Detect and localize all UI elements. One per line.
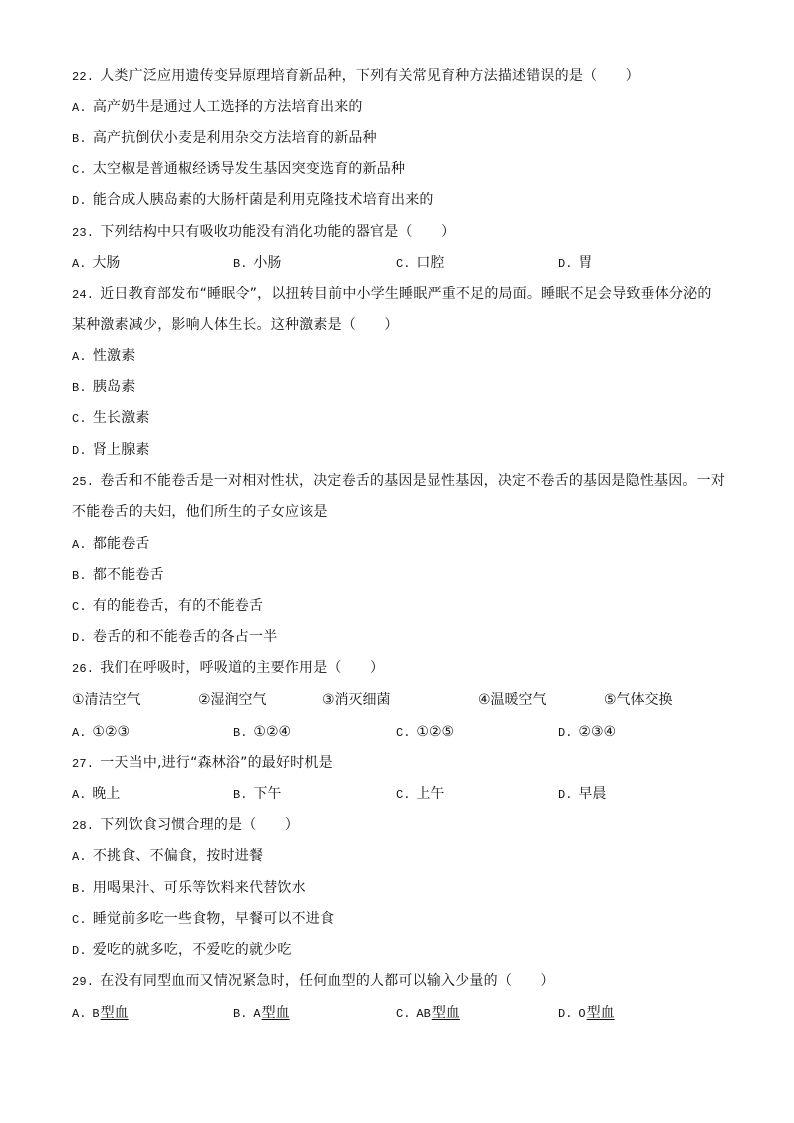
question-27-option-c: C.上午 <box>396 784 444 805</box>
option-text: 下午 <box>253 786 281 802</box>
question-text: 近日教育部发布“睡眠令”，以扭转目前中小学生睡眠严重不足的局面。睡眠不足会导致垂… <box>100 286 711 302</box>
option-label: C. <box>396 726 410 740</box>
question-number: 29. <box>72 975 94 989</box>
option-text: 小肠 <box>253 255 281 271</box>
option-text: 晚上 <box>92 786 120 802</box>
option-label: A. <box>72 726 86 740</box>
question-27-option-b: B.下午 <box>233 784 281 805</box>
blood-type-letter: A <box>253 1007 260 1021</box>
option-text: ②③④ <box>578 724 616 740</box>
option-text: 卷舌的和不能卷舌的各占一半 <box>93 629 278 645</box>
option-label: C. <box>72 913 87 927</box>
question-25-option-d: D.卷舌的和不能卷舌的各占一半 <box>72 627 277 648</box>
question-22-stem: 22.人类广泛应用遗传变异原理培育新品种，下列有关常见育种方法描述错误的是（ ） <box>72 66 640 87</box>
question-26-item-1: ①清洁空气 <box>72 690 141 710</box>
option-label: D. <box>72 444 87 458</box>
option-text: 型血 <box>432 1005 460 1021</box>
blood-type-letter: AB <box>416 1007 430 1021</box>
question-22-option-d: D.能合成人胰岛素的大肠杆菌是利用克隆技术培育出来的 <box>72 190 434 211</box>
question-text: 一天当中,进行“森林浴”的最好时机是 <box>100 755 333 771</box>
question-29-option-d: D.O型血 <box>558 1003 615 1024</box>
option-label: D. <box>72 944 87 958</box>
blood-type-letter: O <box>578 1007 585 1021</box>
question-25-stem-line2: 不能卷舌的夫妇，他们所生的子女应该是 <box>72 502 328 522</box>
question-22-option-a: A.高产奶牛是通过人工选择的方法培育出来的 <box>72 97 363 118</box>
question-text: 下列结构中只有吸收功能没有消化功能的器官是（ ） <box>100 224 455 240</box>
question-26-stem: 26.我们在呼吸时，呼吸道的主要作用是（ ） <box>72 658 384 679</box>
option-label: B. <box>72 882 87 896</box>
option-text: 睡觉前多吃一些食物，早餐可以不进食 <box>93 911 334 927</box>
question-text: 人类广泛应用遗传变异原理培育新品种，下列有关常见育种方法描述错误的是（ ） <box>100 68 640 84</box>
question-text: 我们在呼吸时，呼吸道的主要作用是（ ） <box>100 660 384 676</box>
question-23-option-a: A.大肠 <box>72 253 120 274</box>
option-label: D. <box>558 257 572 271</box>
option-text: 型血 <box>587 1005 615 1021</box>
option-label: D. <box>72 194 87 208</box>
question-text: 下列饮食习惯合理的是（ ） <box>100 817 299 833</box>
question-28-option-a: A.不挑食、不偏食，按时进餐 <box>72 846 263 867</box>
option-label: C. <box>72 600 87 614</box>
question-number: 27. <box>72 757 94 771</box>
option-text: 上午 <box>416 786 444 802</box>
question-29-option-c: C.AB型血 <box>396 1003 460 1024</box>
option-label: B. <box>233 726 247 740</box>
option-text: 大肠 <box>92 255 120 271</box>
question-25-option-b: B.都不能卷舌 <box>72 565 164 586</box>
question-26-option-d: D.②③④ <box>558 722 616 743</box>
question-text: 不能卷舌的夫妇，他们所生的子女应该是 <box>72 504 328 520</box>
option-label: C. <box>396 1007 410 1021</box>
question-24-option-b: B.胰岛素 <box>72 377 135 398</box>
question-number: 22. <box>72 70 94 84</box>
option-label: D. <box>558 1007 572 1021</box>
question-27-option-d: D.早晨 <box>558 784 606 805</box>
question-26-option-c: C.①②⑤ <box>396 722 454 743</box>
question-text: 卷舌和不能卷舌是一对相对性状，决定卷舌的基因是显性基因，决定不卷舌的基因是隐性基… <box>100 473 725 489</box>
question-24-stem-line1: 24.近日教育部发布“睡眠令”，以扭转目前中小学生睡眠严重不足的局面。睡眠不足会… <box>72 284 712 305</box>
option-label: A. <box>72 350 87 364</box>
option-label: A. <box>72 101 87 115</box>
option-label: B. <box>233 788 247 802</box>
option-label: C. <box>396 257 410 271</box>
question-25-option-a: A.都能卷舌 <box>72 534 150 555</box>
question-29-option-a: A.B型血 <box>72 1003 129 1024</box>
question-23-option-b: B.小肠 <box>233 253 281 274</box>
question-24-option-a: A.性激素 <box>72 346 135 367</box>
question-number: 23. <box>72 226 94 240</box>
question-number: 25. <box>72 475 94 489</box>
question-28-stem: 28.下列饮食习惯合理的是（ ） <box>72 815 299 836</box>
option-label: D. <box>558 726 572 740</box>
option-text: 不挑食、不偏食，按时进餐 <box>93 848 263 864</box>
option-text: 型血 <box>262 1005 290 1021</box>
option-label: A. <box>72 538 87 552</box>
question-number: 26. <box>72 662 94 676</box>
option-label: A. <box>72 257 86 271</box>
option-label: A. <box>72 788 86 802</box>
question-26-option-a: A.①②③ <box>72 722 130 743</box>
option-text: 能合成人胰岛素的大肠杆菌是利用克隆技术培育出来的 <box>93 192 434 208</box>
blood-type-letter: B <box>92 1007 99 1021</box>
question-26-item-2: ②湿润空气 <box>198 690 267 710</box>
option-text: 胰岛素 <box>93 379 136 395</box>
option-text: 用喝果汁、可乐等饮料来代替饮水 <box>93 880 306 896</box>
question-text: 在没有同型血而又情况紧急时，任何血型的人都可以输入少量的（ ） <box>100 973 554 989</box>
option-label: B. <box>72 569 87 583</box>
option-label: A. <box>72 1007 86 1021</box>
question-24-option-d: D.肾上腺素 <box>72 440 150 461</box>
question-23-option-d: D.胃 <box>558 253 592 274</box>
option-text: 型血 <box>101 1005 129 1021</box>
option-label: C. <box>72 163 87 177</box>
option-text: ①②⑤ <box>416 724 454 740</box>
option-label: D. <box>558 788 572 802</box>
question-23-option-c: C.口腔 <box>396 253 444 274</box>
option-text: 高产抗倒伏小麦是利用杂交方法培育的新品种 <box>93 130 377 146</box>
question-22-option-b: B.高产抗倒伏小麦是利用杂交方法培育的新品种 <box>72 128 377 149</box>
option-text: 有的能卷舌，有的不能卷舌 <box>93 598 263 614</box>
question-25-option-c: C.有的能卷舌，有的不能卷舌 <box>72 596 263 617</box>
question-25-stem-line1: 25.卷舌和不能卷舌是一对相对性状，决定卷舌的基因是显性基因，决定不卷舌的基因是… <box>72 471 725 492</box>
question-26-option-b: B.①②④ <box>233 722 291 743</box>
option-label: D. <box>72 631 87 645</box>
option-text: 早晨 <box>578 786 606 802</box>
question-29-option-b: B.A型血 <box>233 1003 290 1024</box>
question-24-stem-line2: 某种激素减少，影响人体生长。这种激素是（ ） <box>72 315 399 335</box>
option-text: 高产奶牛是通过人工选择的方法培育出来的 <box>93 99 363 115</box>
option-text: 太空椒是普通椒经诱导发生基因突变选育的新品种 <box>93 161 405 177</box>
option-text: ①②③ <box>92 724 130 740</box>
question-27-stem: 27.一天当中,进行“森林浴”的最好时机是 <box>72 753 333 774</box>
option-text: ①②④ <box>253 724 291 740</box>
option-label: C. <box>72 412 87 426</box>
option-text: 爱吃的就多吃，不爱吃的就少吃 <box>93 942 292 958</box>
question-29-stem: 29.在没有同型血而又情况紧急时，任何血型的人都可以输入少量的（ ） <box>72 971 555 992</box>
exam-page: 22.人类广泛应用遗传变异原理培育新品种，下列有关常见育种方法描述错误的是（ ）… <box>0 0 794 1123</box>
option-text: 性激素 <box>93 348 136 364</box>
question-26-item-5: ⑤气体交换 <box>604 690 673 710</box>
question-28-option-c: C.睡觉前多吃一些食物，早餐可以不进食 <box>72 909 334 930</box>
question-28-option-b: B.用喝果汁、可乐等饮料来代替饮水 <box>72 878 306 899</box>
question-27-option-a: A.晚上 <box>72 784 120 805</box>
option-label: B. <box>72 381 87 395</box>
option-text: 口腔 <box>416 255 444 271</box>
option-text: 都能卷舌 <box>93 536 150 552</box>
option-label: B. <box>233 257 247 271</box>
option-label: B. <box>233 1007 247 1021</box>
question-text: 某种激素减少，影响人体生长。这种激素是（ ） <box>72 317 399 333</box>
option-label: C. <box>396 788 410 802</box>
question-26-item-3: ③消灭细菌 <box>322 690 391 710</box>
option-label: A. <box>72 850 87 864</box>
question-26-item-4: ④温暖空气 <box>478 690 547 710</box>
question-28-option-d: D.爱吃的就多吃，不爱吃的就少吃 <box>72 940 292 961</box>
question-23-stem: 23.下列结构中只有吸收功能没有消化功能的器官是（ ） <box>72 222 455 243</box>
option-text: 胃 <box>578 255 592 271</box>
question-number: 28. <box>72 819 94 833</box>
option-text: 生长激素 <box>93 410 150 426</box>
option-label: B. <box>72 132 87 146</box>
question-24-option-c: C.生长激素 <box>72 408 150 429</box>
question-number: 24. <box>72 288 94 302</box>
option-text: 肾上腺素 <box>93 442 150 458</box>
option-text: 都不能卷舌 <box>93 567 164 583</box>
question-22-option-c: C.太空椒是普通椒经诱导发生基因突变选育的新品种 <box>72 159 405 180</box>
